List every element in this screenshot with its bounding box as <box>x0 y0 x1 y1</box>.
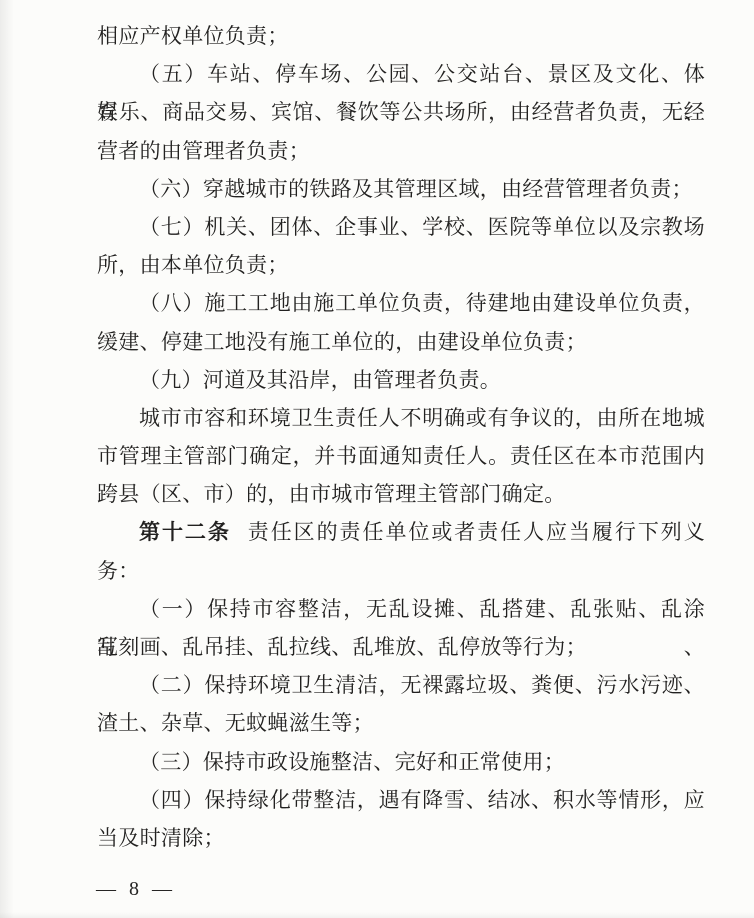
document-line: 所，由本单位负责； <box>97 246 705 284</box>
document-line: 缓建、停建工地没有施工单位的，由建设单位负责； <box>97 323 705 361</box>
line-text: 务： <box>97 559 140 583</box>
line-text: 相应产权单位负责； <box>97 24 289 48</box>
document-line: （二）保持环境卫生清洁，无裸露垃圾、粪便、污水污迹、 <box>97 666 705 704</box>
scan-edge-shadow <box>0 0 14 918</box>
document-line: （七）机关、团体、企事业、学校、医院等单位以及宗教场 <box>97 208 705 246</box>
document-line: 跨县（区、市）的，由市城市管理主管部门确定。 <box>97 475 705 513</box>
document-line: （三）保持市政设施整洁、完好和正常使用； <box>97 743 705 781</box>
document-line: （八）施工工地由施工单位负责，待建地由建设单位负责， <box>97 284 705 322</box>
line-text: 渣土、杂草、无蚊蝇滋生等； <box>97 711 374 735</box>
document-line: 第十二条责任区的责任单位或者责任人应当履行下列义 <box>97 513 705 551</box>
line-text: 市管理主管部门确定，并书面通知责任人。责任区在本市范围内 <box>97 444 705 468</box>
line-text: 责任区的责任单位或者责任人应当履行下列义 <box>248 520 705 544</box>
line-text: （四）保持绿化带整洁，遇有降雪、结冰、积水等情形，应 <box>139 788 705 812</box>
line-text: （六）穿越城市的铁路及其管理区域，由经营管理者负责； <box>139 177 693 201</box>
article-number-term: 第十二条 <box>139 520 231 544</box>
line-text: 缓建、停建工地没有施工单位的，由建设单位负责； <box>97 330 587 354</box>
document-line: （一）保持市容整洁，无乱设摊、乱搭建、乱张贴、乱涂写、 <box>97 590 705 628</box>
line-text: （三）保持市政设施整洁、完好和正常使用； <box>139 750 565 774</box>
document-line: （五）车站、停车场、公园、公交站台、景区及文化、体育、 <box>97 55 705 93</box>
line-text: 当及时清除； <box>97 826 225 850</box>
document-page-body: 相应产权单位负责；（五）车站、停车场、公园、公交站台、景区及文化、体育、娱乐、商… <box>97 17 705 857</box>
line-text: 城市市容和环境卫生责任人不明确或有争议的，由所在地城 <box>139 406 705 430</box>
document-line: 城市市容和环境卫生责任人不明确或有争议的，由所在地城 <box>97 399 705 437</box>
document-line: （九）河道及其沿岸，由管理者负责。 <box>97 361 705 399</box>
line-text: 跨县（区、市）的，由市城市管理主管部门确定。 <box>97 482 566 506</box>
line-text: （二）保持环境卫生清洁，无裸露垃圾、粪便、污水污迹、 <box>139 673 705 697</box>
document-line: 市管理主管部门确定，并书面通知责任人。责任区在本市范围内 <box>97 437 705 475</box>
line-text: 营者的由管理者负责； <box>97 139 310 163</box>
line-text: 所，由本单位负责； <box>97 253 289 277</box>
document-line: 务： <box>97 552 705 590</box>
document-line: 相应产权单位负责； <box>97 17 705 55</box>
line-text: （七）机关、团体、企事业、学校、医院等单位以及宗教场 <box>139 215 705 239</box>
document-line: （六）穿越城市的铁路及其管理区域，由经营管理者负责； <box>97 170 705 208</box>
document-line: 娱乐、商品交易、宾馆、餐饮等公共场所，由经营者负责，无经 <box>97 93 705 131</box>
line-text: 乱刻画、乱吊挂、乱拉线、乱堆放、乱停放等行为； <box>97 635 587 659</box>
line-text: 娱乐、商品交易、宾馆、餐饮等公共场所，由经营者负责，无经 <box>97 100 705 124</box>
line-text: （九）河道及其沿岸，由管理者负责。 <box>139 368 501 392</box>
scan-edge-shadow-bottom <box>0 912 754 918</box>
document-line: 当及时清除； <box>97 819 705 857</box>
document-line: 渣土、杂草、无蚊蝇滋生等； <box>97 704 705 742</box>
document-line: （四）保持绿化带整洁，遇有降雪、结冰、积水等情形，应 <box>97 781 705 819</box>
line-text: （八）施工工地由施工单位负责，待建地由建设单位负责， <box>139 291 705 315</box>
page-number: — 8 — <box>96 872 176 906</box>
document-line: 营者的由管理者负责； <box>97 132 705 170</box>
